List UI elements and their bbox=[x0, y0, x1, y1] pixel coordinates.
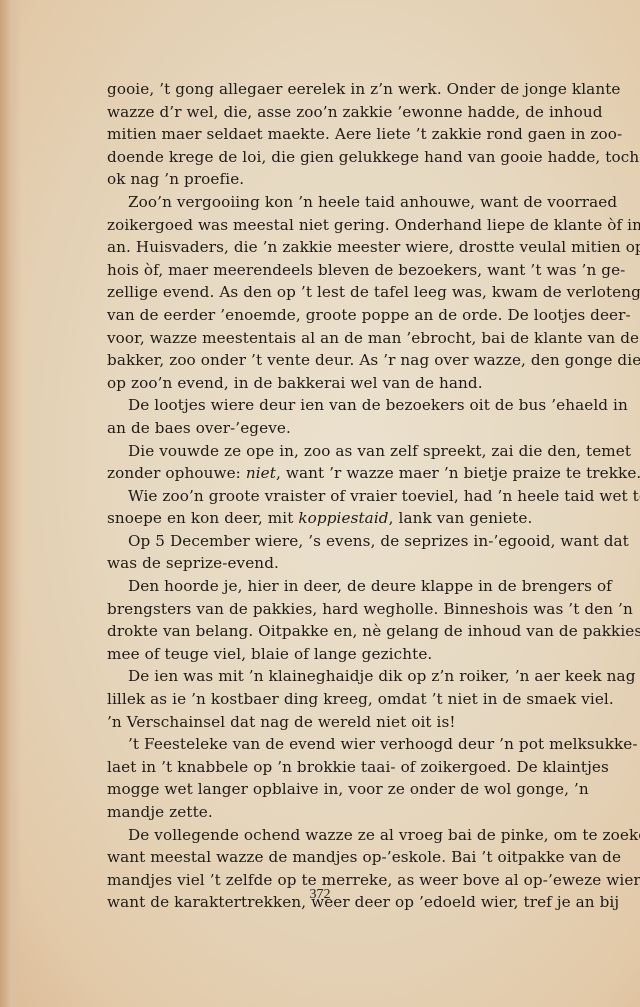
text-line: ’t Feesteleke van de evend wier verhoogd… bbox=[107, 733, 583, 756]
text-line: ’n Verschainsel dat nag de wereld niet o… bbox=[107, 711, 583, 734]
text-line: Wie zoo’n groote vraister of vraier toev… bbox=[107, 485, 583, 508]
text-line: ok nag ’n proefie. bbox=[107, 168, 583, 191]
text-line: Zoo’n vergooiing kon ’n heele taid anhou… bbox=[107, 191, 583, 214]
text-line: want meestal wazze de mandjes op-’eskole… bbox=[107, 846, 583, 869]
text-line: mee of teuge viel, blaie of lange gezich… bbox=[107, 643, 583, 666]
text-line: De lootjes wiere deur ien van de bezoeke… bbox=[107, 394, 583, 417]
italic-emphasis: koppiestaid bbox=[298, 509, 388, 527]
text-line: doende krege de loi, die gien gelukkege … bbox=[107, 146, 583, 169]
text-line: voor, wazze meestentais al an de man ’eb… bbox=[107, 327, 583, 350]
text-line: laet in ’t knabbele op ’n brokkie taai- … bbox=[107, 756, 583, 779]
text-line: mitien maer seldaet maekte. Aere liete ’… bbox=[107, 123, 583, 146]
text-line: mandje zette. bbox=[107, 801, 583, 824]
text-line: op zoo’n evend, in de bakkerai wel van d… bbox=[107, 372, 583, 395]
text-line: zoikergoed was meestal niet gering. Onde… bbox=[107, 214, 583, 237]
text-line: lillek as ie ’n kostbaer ding kreeg, omd… bbox=[107, 688, 583, 711]
text-line: zonder ophouwe: niet, want ’r wazze maer… bbox=[107, 462, 583, 485]
page-spine-shadow bbox=[0, 0, 22, 1007]
text-line: De ien was mit ’n klaineghaidje dik op z… bbox=[107, 665, 583, 688]
text-line: Den hoorde je, hier in deer, de deure kl… bbox=[107, 575, 583, 598]
text-line: an. Huisvaders, die ’n zakkie meester wi… bbox=[107, 236, 583, 259]
italic-emphasis: niet bbox=[246, 464, 276, 482]
text-line: drokte van belang. Oitpakke en, nè gelan… bbox=[107, 620, 583, 643]
text-line: van de eerder ’enoemde, groote poppe an … bbox=[107, 304, 583, 327]
text-line: mogge wet langer opblaive in, voor ze on… bbox=[107, 778, 583, 801]
text-line: snoepe en kon deer, mit koppiestaid, lan… bbox=[107, 507, 583, 530]
text-line: was de seprize-evend. bbox=[107, 552, 583, 575]
text-line: Die vouwde ze ope in, zoo as van zelf sp… bbox=[107, 440, 583, 463]
page-number-text: 372 bbox=[310, 887, 331, 902]
text-line: Op 5 December wiere, ’s evens, de sepriz… bbox=[107, 530, 583, 553]
text-line: hois òf, maer meerendeels bleven de bezo… bbox=[107, 259, 583, 282]
text-line: brengsters van de pakkies, hard wegholle… bbox=[107, 598, 583, 621]
text-line: gooie, ’t gong allegaer eerelek in z’n w… bbox=[107, 78, 583, 101]
text-line: zellige evend. As den op ’t lest de tafe… bbox=[107, 281, 583, 304]
text-line: De vollegende ochend wazze ze al vroeg b… bbox=[107, 824, 583, 847]
text-line: an de baes over-’egeve. bbox=[107, 417, 583, 440]
book-page-text: gooie, ’t gong allegaer eerelek in z’n w… bbox=[107, 78, 583, 914]
text-line: bakker, zoo onder ’t vente deur. As ’r n… bbox=[107, 349, 583, 372]
page-number: 372 bbox=[0, 887, 640, 903]
text-line: wazze d’r wel, die, asse zoo’n zakkie ’e… bbox=[107, 101, 583, 124]
